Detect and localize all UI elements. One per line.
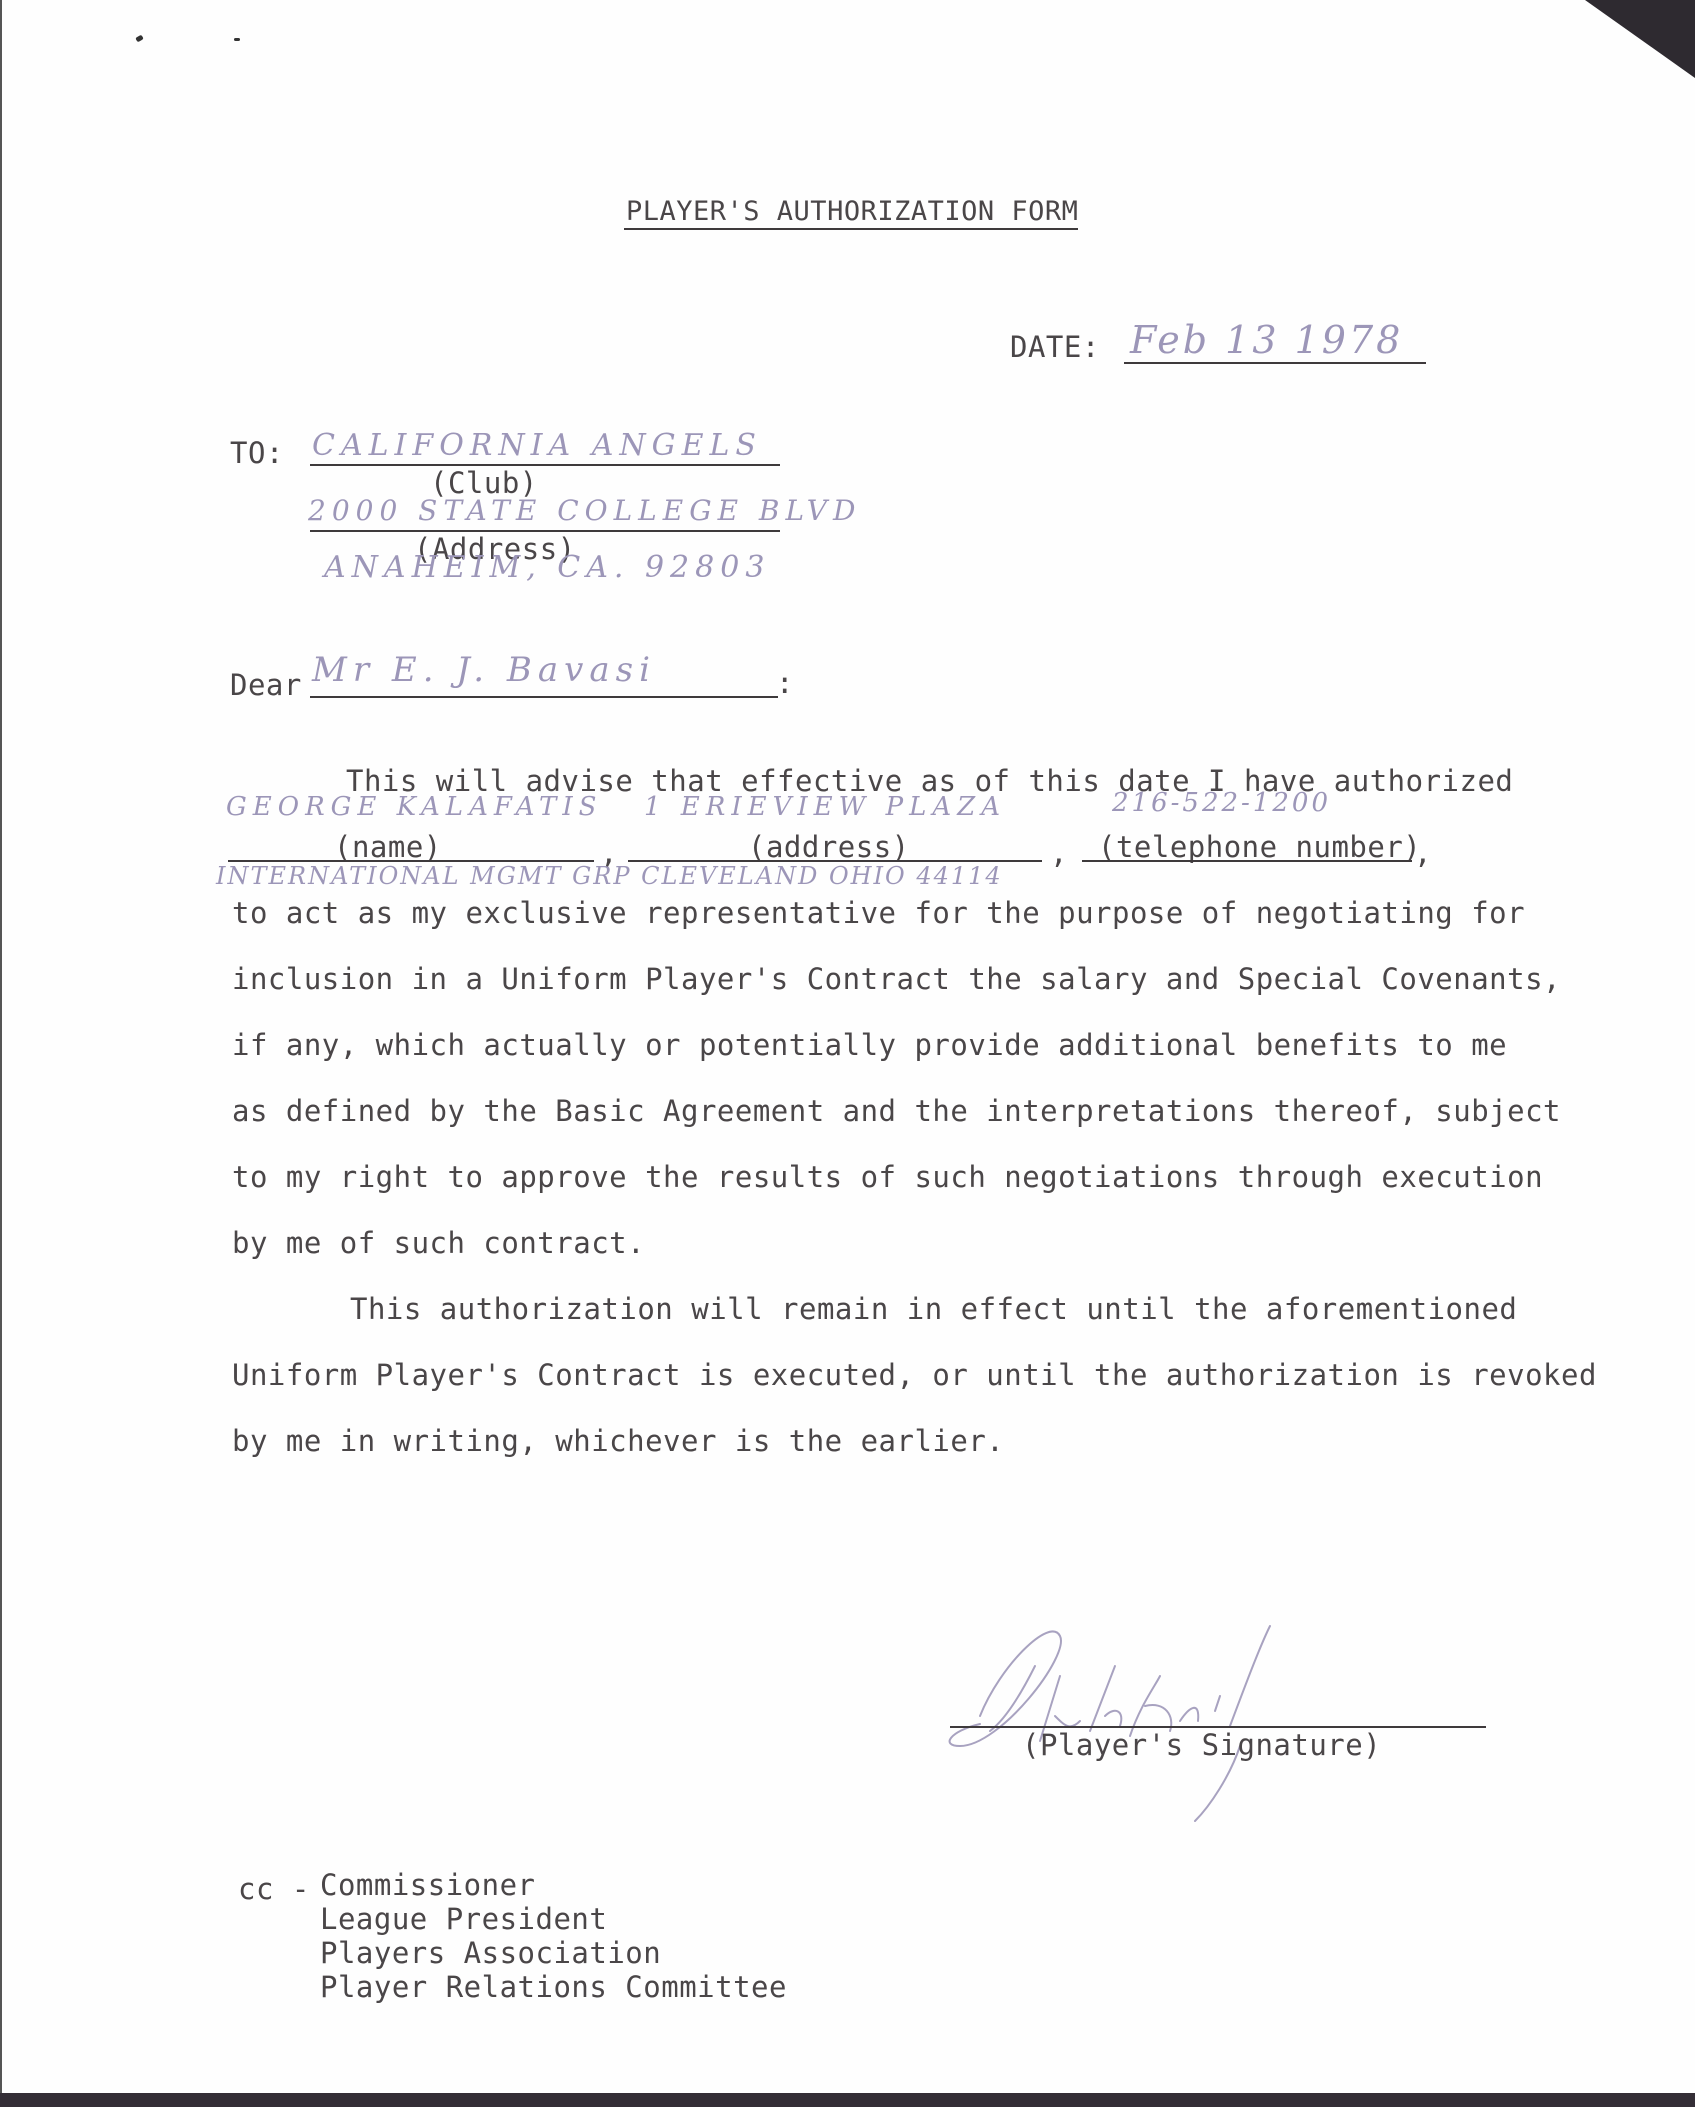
paragraph1-line: if any, which actually or potentially pr… [232, 1028, 1507, 1062]
paragraph1-line: inclusion in a Uniform Player's Contract… [232, 962, 1561, 996]
scan-speck [234, 38, 240, 41]
cc-recipient: Players Association [320, 1936, 661, 1970]
date-value[interactable]: Feb 13 1978 [1130, 318, 1403, 362]
comma: , [1414, 836, 1432, 870]
club-value[interactable]: CALIFORNIA ANGELS [312, 428, 762, 463]
rep-phone-value[interactable]: 216-522-1200 [1112, 788, 1331, 818]
paragraph2-line: This authorization will remain in effect… [350, 1292, 1517, 1326]
to-label: TO: [230, 436, 284, 470]
player-signature[interactable] [940, 1596, 1400, 1826]
rep-address-value[interactable]: 1 ERIEVIEW PLAZA [644, 792, 1006, 822]
cc-recipient: League President [320, 1902, 607, 1936]
paragraph1-line: by me of such contract. [232, 1226, 645, 1260]
rep-name-caption: (name) [334, 830, 442, 864]
date-label: DATE: [1010, 330, 1100, 364]
rep-phone-line [1082, 860, 1412, 862]
scan-bottom-edge [0, 2093, 1695, 2107]
dear-label: Dear [230, 668, 302, 702]
cc-recipient: Commissioner [320, 1868, 536, 1902]
rep-address-caption: (address) [748, 830, 910, 864]
dear-line [310, 696, 778, 698]
address-line1-value[interactable]: 2000 STATE COLLEGE BLVD [308, 494, 861, 527]
form-title: PLAYER'S AUTHORIZATION FORM [626, 196, 1078, 227]
cc-label: cc - [238, 1872, 310, 1906]
dear-value[interactable]: Mr E. J. Bavasi [312, 650, 656, 690]
paragraph2-line: Uniform Player's Contract is executed, o… [232, 1358, 1597, 1392]
rep-phone-caption: (telephone number) [1098, 830, 1421, 864]
scan-speck [135, 35, 144, 43]
paragraph1-line: as defined by the Basic Agreement and th… [232, 1094, 1561, 1128]
paragraph1-line: to act as my exclusive representative fo… [232, 896, 1525, 930]
signature-caption: (Player's Signature) [1022, 1728, 1381, 1762]
rep-extra-value[interactable]: INTERNATIONAL MGMT GRP CLEVELAND OHIO 44… [216, 862, 1003, 890]
title-underline [624, 228, 1078, 230]
comma: , [1050, 836, 1068, 870]
dear-colon: : [776, 666, 794, 700]
address-line2-value[interactable]: ANAHEIM, CA. 92803 [324, 550, 770, 585]
paragraph2-line: by me in writing, whichever is the earli… [232, 1424, 1004, 1458]
folded-corner [1585, 0, 1695, 78]
club-line [310, 464, 780, 466]
date-line [1124, 362, 1426, 364]
scan-left-edge [0, 0, 2, 2107]
paragraph1-line: to my right to approve the results of su… [232, 1160, 1543, 1194]
cc-recipient: Player Relations Committee [320, 1970, 787, 2004]
rep-name-value[interactable]: GEORGE KALAFATIS [226, 792, 602, 822]
signature-scribble-icon [940, 1596, 1400, 1826]
